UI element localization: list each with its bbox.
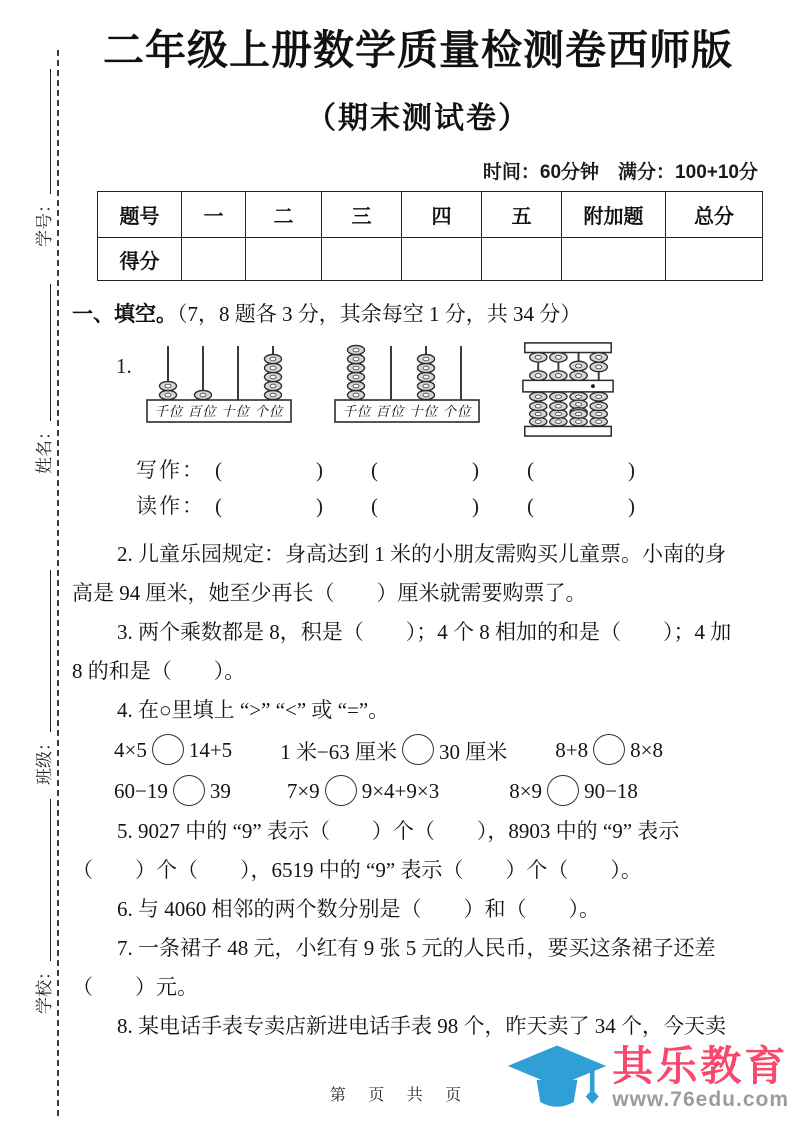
logo-text-block: 其乐教育 www.76edu.com [612, 1044, 789, 1112]
score-empty-cell [562, 238, 666, 281]
score-header-cell: 三 [322, 192, 402, 238]
seal-field-student-id: 学号： [30, 69, 56, 247]
comparison-item: 4×5 14+5 [114, 735, 232, 766]
compare-left: 60−19 [114, 779, 168, 804]
abacus-figure-left: 千位 百位 十位 个位 [144, 343, 294, 430]
seal-dashed-line [57, 50, 59, 1116]
paper-content: 二年级上册数学质量检测卷西师版 （期末测试卷） 时间：60分钟 满分：100+1… [72, 0, 764, 1046]
question-1-number: 1. [116, 351, 132, 381]
compare-right: 39 [210, 779, 231, 804]
question-4-row-1: 4×5 14+5 1 米−63 厘米 30 厘米 8+8 8×8 [72, 730, 764, 771]
score-row-label: 得分 [98, 238, 182, 281]
score-empty-cell [182, 238, 246, 281]
question-1: 1. 千位 百位 十位 个位 千位 百位 十位 个位 [72, 343, 764, 442]
score-table: 题号 一 二 三 四 五 附加题 总分 得分 [97, 191, 763, 281]
read-label: 读作： [136, 491, 205, 522]
seal-label-name: 姓名： [30, 423, 55, 474]
compare-left: 1 米−63 厘米 [280, 736, 397, 766]
write-blank: ( ) [527, 455, 637, 486]
seal-blank-line [50, 570, 51, 732]
comparison-circle [547, 775, 579, 806]
compare-left: 8×9 [509, 779, 542, 804]
read-blank: ( ) [371, 491, 481, 522]
seal-blank-line [50, 284, 51, 421]
question-4-title: 4. 在○里填上 “>” “<” 或 “=”。 [72, 691, 764, 730]
compare-left: 7×9 [287, 779, 320, 804]
score-header-cell: 题号 [98, 192, 182, 238]
logo-brand-name: 其乐教育 [612, 1044, 789, 1088]
comparison-circle [325, 775, 357, 806]
write-blank: ( ) [371, 455, 481, 486]
exam-paper-page: 学号： 姓名： 班级： 学校： 二年级上册数学质量检测卷西师版 （期末测试卷） … [0, 0, 793, 1122]
score-header-cell: 附加题 [562, 192, 666, 238]
score-empty-cell [402, 238, 482, 281]
question-2-line-1: 2. 儿童乐园规定：身高达到 1 米的小朋友需购买儿童票。小南的身 [72, 535, 764, 574]
read-blank: ( ) [215, 491, 325, 522]
compare-left: 4×5 [114, 738, 147, 763]
logo-website-url: www.76edu.com [612, 1088, 789, 1112]
compare-right: 90−18 [584, 779, 638, 804]
write-label: 写作： [136, 455, 205, 486]
question-7-line-2: （ ）元。 [72, 968, 764, 1007]
seal-field-name: 姓名： [30, 284, 56, 474]
question-5-line-2: （ ）个（ ），6519 中的 “9” 表示（ ）个（ ）。 [72, 851, 764, 890]
compare-right: 30 厘米 [439, 736, 507, 766]
question-1-write-row: 写作： ( ) ( ) ( ) [72, 455, 764, 486]
seal-field-school: 学校： [30, 799, 56, 1014]
score-header-cell: 四 [402, 192, 482, 238]
question-8: 8. 某电话手表专卖店新进电话手表 98 个，昨天卖了 34 个，今天卖 [72, 1007, 764, 1046]
score-empty-cell [246, 238, 322, 281]
suanpan-figure [520, 341, 616, 442]
score-table-header-row: 题号 一 二 三 四 五 附加题 总分 [98, 192, 763, 238]
score-header-cell: 一 [182, 192, 246, 238]
comparison-item: 8×9 90−18 [509, 776, 638, 807]
svg-text:千位 百位 十位 个位: 千位 百位 十位 个位 [342, 404, 472, 419]
question-1-read-row: 读作： ( ) ( ) ( ) [72, 491, 764, 522]
seal-blank-line [50, 799, 51, 961]
page-subtitle: （期末测试卷） [72, 100, 764, 138]
comparison-item: 8+8 8×8 [555, 735, 663, 766]
question-6: 6. 与 4060 相邻的两个数分别是（ ）和（ ）。 [72, 890, 764, 929]
compare-right: 14+5 [189, 738, 232, 763]
comparison-item: 60−19 39 [114, 776, 231, 807]
seal-label-student-id: 学号： [30, 196, 55, 247]
score-table-score-row: 得分 [98, 238, 763, 281]
time-score-meta: 时间：60分钟 满分：100+10分 [72, 162, 758, 184]
comparison-circle [152, 734, 184, 765]
score-header-cell: 五 [482, 192, 562, 238]
publisher-logo: 其乐教育 www.76edu.com [506, 1042, 789, 1114]
question-3-line-2: 8 的和是（ ）。 [72, 652, 764, 691]
seal-blank-line [50, 69, 51, 194]
page-footer-label: 第 页 共 页 [300, 1082, 500, 1105]
question-4-row-2: 60−19 39 7×9 9×4+9×3 8×9 90−18 [72, 771, 764, 812]
comparison-circle [173, 775, 205, 806]
seal-field-class: 班级： [30, 570, 56, 785]
section-1-heading: 一、填空。（7，8 题各 3 分，其余每空 1 分，共 34 分） [72, 299, 764, 330]
read-blank: ( ) [527, 491, 637, 522]
compare-left: 8+8 [555, 738, 588, 763]
compare-right: 8×8 [630, 738, 663, 763]
graduation-cap-icon [506, 1042, 608, 1114]
comparison-circle [402, 734, 434, 765]
comparison-circle [593, 734, 625, 765]
question-5-line-1: 5. 9027 中的 “9” 表示（ ）个（ ），8903 中的 “9” 表示 [72, 812, 764, 851]
comparison-item: 1 米−63 厘米 30 厘米 [280, 735, 507, 766]
svg-text:千位 百位 十位 个位: 千位 百位 十位 个位 [154, 404, 284, 419]
question-2-line-2: 高是 94 厘米，她至少再长（ ）厘米就需要购票了。 [72, 574, 764, 613]
seal-label-class: 班级： [30, 734, 55, 785]
seal-label-school: 学校： [30, 963, 55, 1014]
question-7-line-1: 7. 一条裙子 48 元，小红有 9 张 5 元的人民币，要买这条裙子还差 [72, 929, 764, 968]
section-1-note: （7，8 题各 3 分，其余每空 1 分，共 34 分） [177, 302, 581, 326]
score-empty-cell [666, 238, 763, 281]
score-empty-cell [482, 238, 562, 281]
write-blank: ( ) [215, 455, 325, 486]
score-empty-cell [322, 238, 402, 281]
abacus-figure-middle: 千位 百位 十位 个位 [332, 343, 482, 430]
compare-right: 9×4+9×3 [362, 779, 440, 804]
section-1-title: 一、填空。 [72, 303, 177, 326]
comparison-item: 7×9 9×4+9×3 [287, 776, 439, 807]
score-header-cell: 二 [246, 192, 322, 238]
question-3-line-1: 3. 两个乘数都是 8，积是（ ）；4 个 8 相加的和是（ ）；4 加 [72, 613, 764, 652]
page-title: 二年级上册数学质量检测卷西师版 [72, 26, 764, 74]
score-header-cell: 总分 [666, 192, 763, 238]
